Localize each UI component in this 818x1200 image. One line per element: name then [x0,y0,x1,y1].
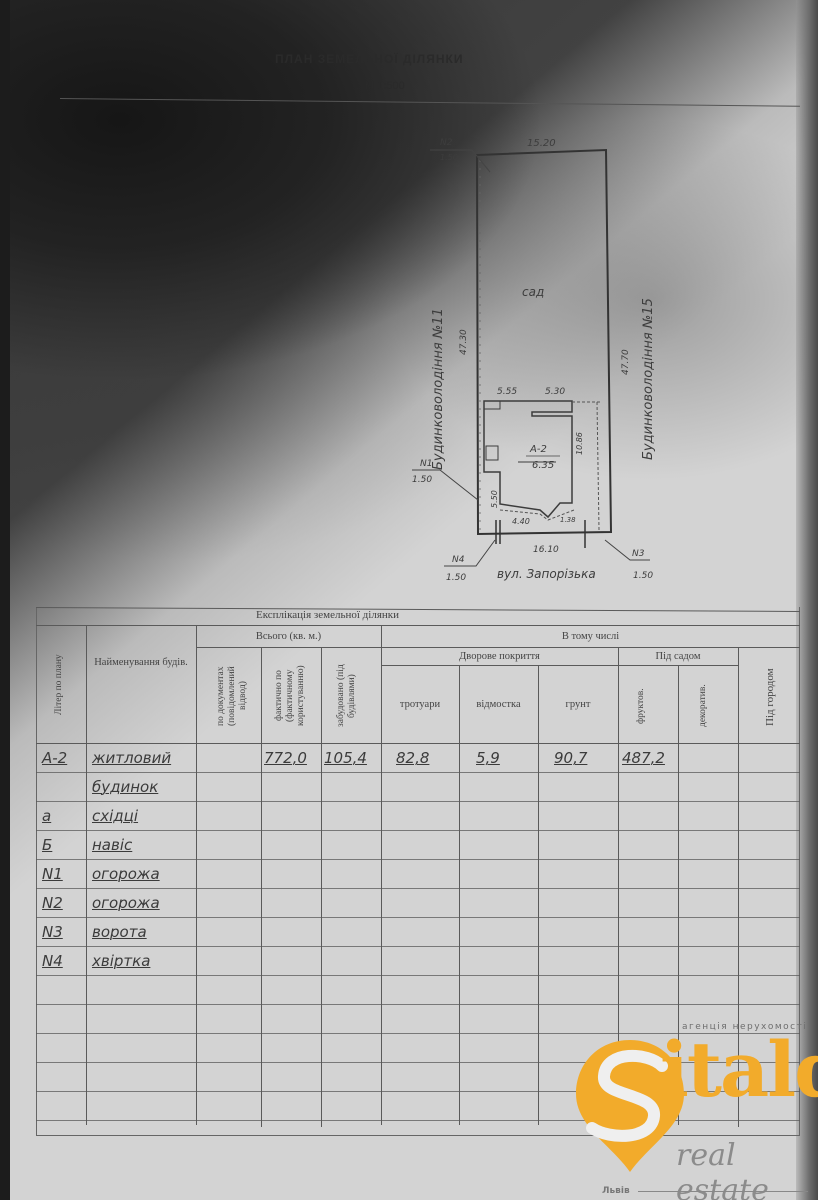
fence-n2-label: N2 [440,138,453,148]
cell-name: огорожа [92,894,160,912]
header-total-group: Всього (кв. м.) [201,631,376,643]
cell-liter: А-2 [42,749,67,767]
cell-fruit: 487,2 [622,749,665,767]
svg-text:1.38: 1.38 [560,516,576,524]
header-name: Найменування будів. [91,657,191,669]
fence-n1-label: N1 [420,459,432,469]
plot-boundary [477,150,611,534]
cell-liter: N3 [42,923,63,941]
svg-text:5.50: 5.50 [490,490,499,508]
row-divider [36,830,800,831]
fence-n3-label: N3 [632,549,645,559]
svg-text:10.86: 10.86 [575,432,584,455]
row-divider [36,1004,800,1005]
svg-text:1.50: 1.50 [446,573,466,583]
cell-blind-area: 5,9 [476,749,500,767]
cell-name: житловий [92,749,171,767]
header-liter: Літер по плану [54,635,65,735]
row-divider [36,975,800,976]
cell-liter: N4 [42,952,63,970]
cell-actual: 772,0 [264,749,307,767]
header-decorative: декоратив. [698,671,709,741]
watermark-brand: itald [660,1032,818,1108]
header-actual: фактично по (фактичному користуванню) [274,651,314,741]
svg-text:1.50: 1.50 [412,475,432,485]
svg-text:4.40: 4.40 [512,517,530,526]
header-garden-group: Під садом [618,651,738,663]
header-by-docs: по документах (повідомлений відвод) [216,651,256,741]
bottom-width-label: 16.10 [533,545,559,555]
header-yard-group: Дворове покриття [381,651,618,663]
cell-name: східці [92,807,138,825]
header-incl-group: В тому числі [381,631,800,643]
row-divider [36,772,800,773]
header-sidewalk: тротуари [381,699,459,711]
svg-text:5.55: 5.55 [497,387,517,397]
cell-name: будинок [92,778,158,796]
cell-liter: а [42,807,51,825]
house-label: А-2 [529,444,547,455]
watermark-city-line [638,1191,808,1192]
cell-liter: N2 [42,894,63,912]
cell-name: навіс [92,836,132,854]
cell-liter: Б [42,836,52,854]
row-divider [36,917,800,918]
cell-name: огорожа [92,865,160,883]
header-ground: грунт [538,699,618,711]
row-divider [36,946,800,947]
cell-built: 105,4 [324,749,367,767]
cell-sidewalk: 82,8 [396,749,429,767]
header-built: забудовано (під будівлями) [336,651,372,741]
top-width-label: 15.20 [527,138,556,149]
svg-text:1.50: 1.50 [633,571,653,581]
left-neighbor-label: Будинковолодіння №11 [431,308,446,470]
row-divider [36,888,800,889]
svg-text:1.50: 1.50 [440,153,458,162]
svg-text:6.35: 6.35 [532,460,554,471]
right-length-label: 47.70 [621,349,631,375]
table-title: Експлікація земельної ділянки [256,609,399,621]
land-plot-plan: N2 1.50 15.20 сад 47.30 47.70 Будинковол… [0,0,818,600]
svg-text:5.30: 5.30 [545,387,565,397]
cell-name: ворота [92,923,147,941]
cell-ground: 90,7 [554,749,587,767]
cell-name: хвіртка [92,952,150,970]
right-neighbor-label: Будинковолодіння №15 [641,298,656,460]
header-fruit: фруктов. [636,671,647,741]
row-divider [36,859,800,860]
cell-liter: N1 [42,865,63,883]
watermark-city: Львів [602,1186,630,1196]
garden-label: сад [522,285,544,299]
left-length-label: 47.30 [459,329,469,355]
fence-n4-label: N4 [452,555,465,565]
row-divider [36,801,800,802]
header-blind-area: відмостка [459,699,538,711]
header-vegetable: Під городом [764,653,777,741]
street-label: вул. Запорізька [497,567,596,581]
